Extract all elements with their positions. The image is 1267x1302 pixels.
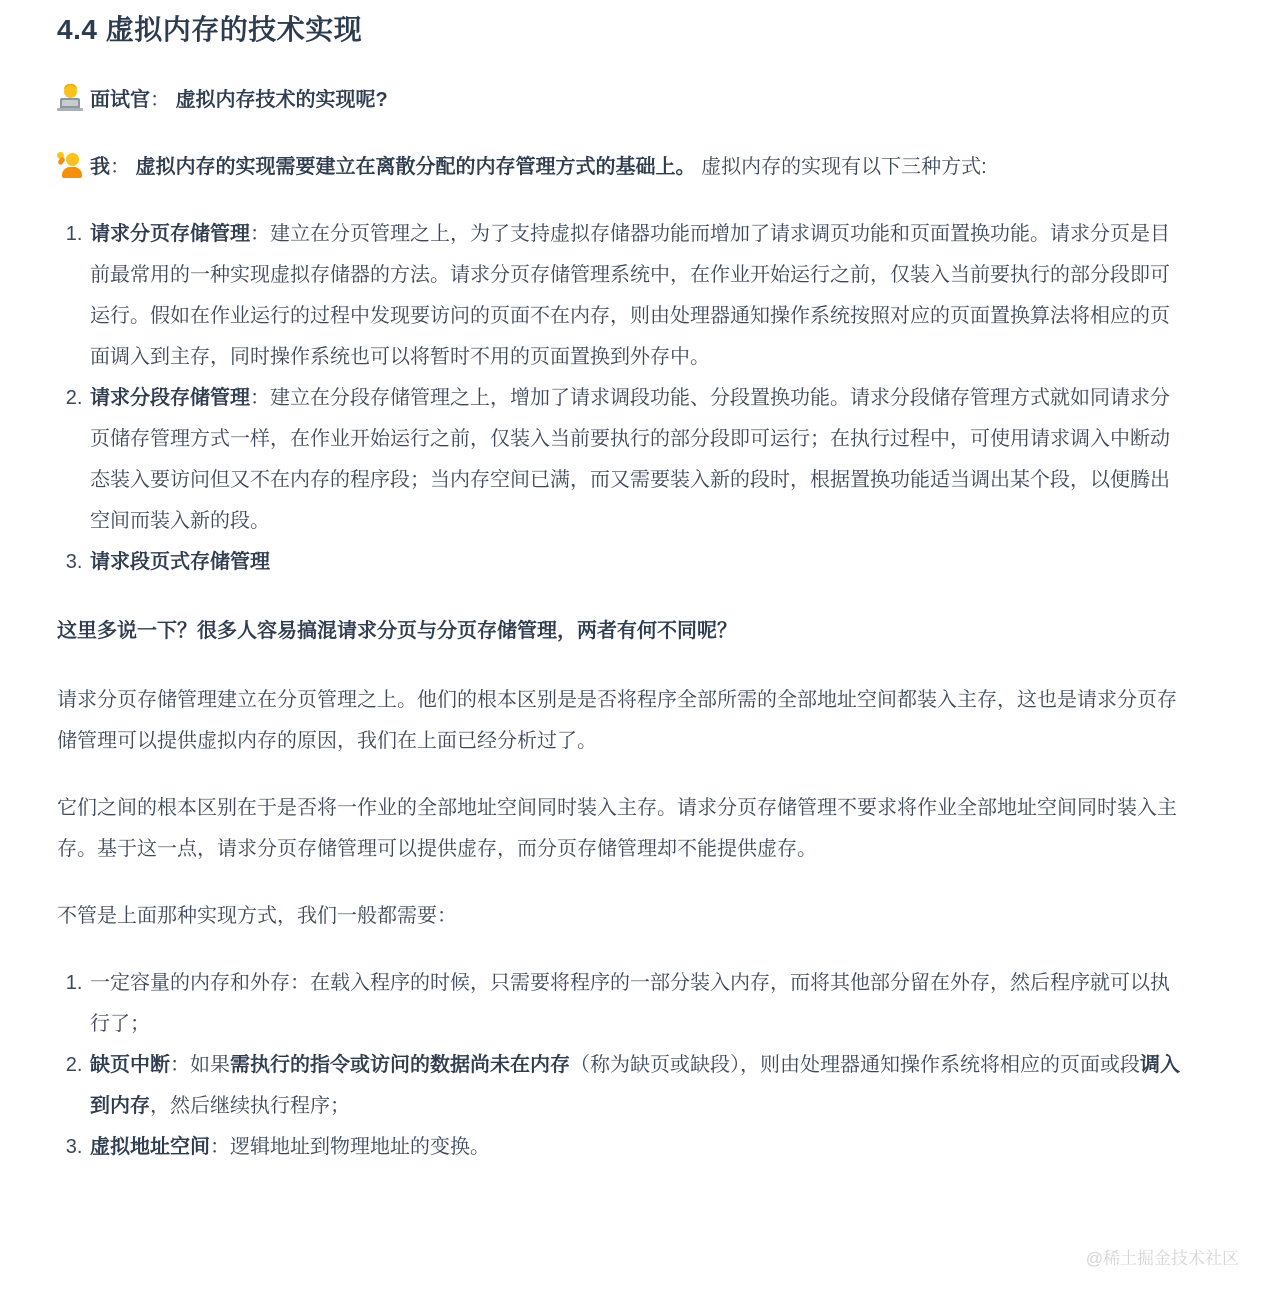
text-segment: 缺页中断 <box>90 1054 170 1076</box>
text-segment: 请求段页式存储管理 <box>90 551 270 573</box>
answer-text: 我： 虚拟内存的实现需要建立在离散分配的内存管理方式的基础上。 虚拟内存的实现有… <box>90 156 987 178</box>
text-segment: 面试官 <box>90 89 150 111</box>
article-page: 4.4 虚拟内存的技术实现 面试官： 虚拟内存技术的实现呢? 我： 虚拟内存的实… <box>0 0 1267 1302</box>
person-raising-hand-emoji <box>57 152 83 178</box>
text-segment: 虚拟内存的实现有以下三种方式: <box>696 156 987 178</box>
list-item-page-fault: 缺页中断：如果需执行的指令或访问的数据尚未在内存（称为缺页或缺段），则由处理器通… <box>88 1045 1185 1127</box>
requirements-list: 一定容量的内存和外存：在载入程序的时候，只需要将程序的一部分装入内存，而将其他部… <box>57 963 1185 1168</box>
text-segment: ：建立在分段存储管理之上，增加了请求调段功能、分段置换功能。请求分段储存管理方式… <box>90 387 1170 532</box>
list-item-request-paging: 请求分页存储管理：建立在分页管理之上，为了支持虚拟存储器功能而增加了请求调页功能… <box>88 214 1185 378</box>
interviewer-text: 面试官： 虚拟内存技术的实现呢? <box>90 89 388 111</box>
list-item-request-segment-paging: 请求段页式存储管理 <box>88 542 1185 583</box>
text-segment: ：建立在分页管理之上，为了支持虚拟存储器功能而增加了请求调页功能和页面置换功能。… <box>90 223 1170 368</box>
text-segment: ，然后继续执行程序； <box>150 1095 350 1117</box>
interviewer-line: 面试官： 虚拟内存技术的实现呢? <box>57 80 1185 121</box>
text-segment: ：如果 <box>170 1054 230 1076</box>
technologist-emoji <box>57 85 83 111</box>
text-segment: （称为缺页或缺段），则由处理器通知操作系统将相应的页面或段 <box>570 1054 1140 1076</box>
paragraph-requirements-intro: 不管是上面那种实现方式，我们一般都需要： <box>57 896 1185 937</box>
text-segment: ： <box>150 89 176 111</box>
list-item-memory-capacity: 一定容量的内存和外存：在载入程序的时候，只需要将程序的一部分装入内存，而将其他部… <box>88 963 1185 1045</box>
text-segment: 需执行的指令或访问的数据尚未在内存 <box>230 1054 570 1076</box>
paragraph-difference-2: 它们之间的根本区别在于是否将一作业的全部地址空间同时装入主存。请求分页存储管理不… <box>57 788 1185 870</box>
text-segment: 我 <box>90 156 110 178</box>
list-item-request-segmentation: 请求分段存储管理：建立在分段存储管理之上，增加了请求调段功能、分段置换功能。请求… <box>88 378 1185 542</box>
difference-question-heading: 这里多说一下？很多人容易搞混请求分页与分页存储管理，两者有何不同呢？ <box>57 611 1185 652</box>
text-segment: 虚拟内存技术的实现呢? <box>176 89 388 111</box>
list-item-virtual-address-space: 虚拟地址空间：逻辑地址到物理地址的变换。 <box>88 1127 1185 1168</box>
text-segment: ：逻辑地址到物理地址的变换。 <box>210 1136 490 1158</box>
answer-line: 我： 虚拟内存的实现需要建立在离散分配的内存管理方式的基础上。 虚拟内存的实现有… <box>57 147 1185 188</box>
text-segment: ： <box>110 156 136 178</box>
section-heading: 4.4 虚拟内存的技术实现 <box>57 12 1185 48</box>
text-segment: 请求分段存储管理 <box>90 387 250 409</box>
text-segment: 虚拟内存的实现需要建立在离散分配的内存管理方式的基础上。 <box>136 156 696 178</box>
text-segment: 虚拟地址空间 <box>90 1136 210 1158</box>
text-segment: 请求分页存储管理 <box>90 223 250 245</box>
implementation-list: 请求分页存储管理：建立在分页管理之上，为了支持虚拟存储器功能而增加了请求调页功能… <box>57 214 1185 583</box>
text-segment: 一定容量的内存和外存：在载入程序的时候，只需要将程序的一部分装入内存，而将其他部… <box>90 972 1170 1035</box>
paragraph-difference-1: 请求分页存储管理建立在分页管理之上。他们的根本区别是是否将程序全部所需的全部地址… <box>57 680 1185 762</box>
juejin-watermark: @稀土掘金技术社区 <box>1086 1247 1239 1271</box>
